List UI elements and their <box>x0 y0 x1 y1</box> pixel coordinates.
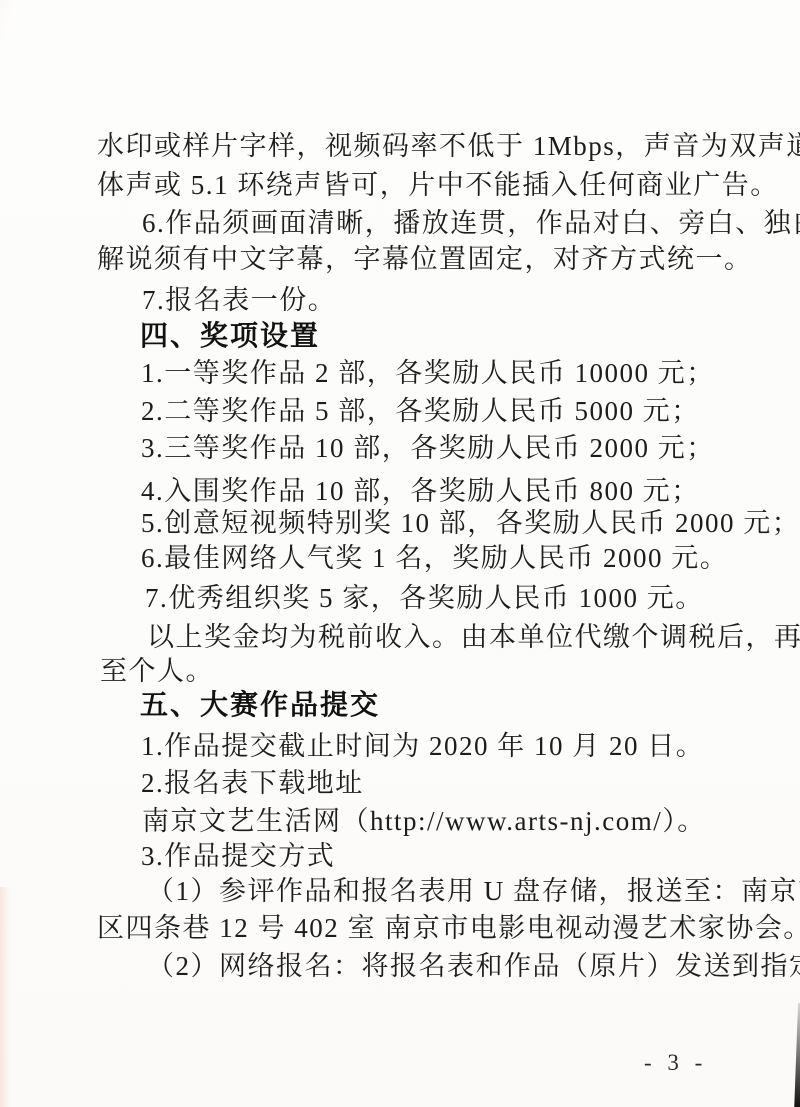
body-line: 6.作品须画面清晰，播放连贯，作品对白、旁白、独白和 <box>142 208 800 238</box>
section-heading-submission: 五、大赛作品提交 <box>140 690 380 720</box>
body-line: 至个人。 <box>100 656 214 686</box>
award-line-popular: 6.最佳网络人气奖 1 名，奖励人民币 2000 元。 <box>141 543 728 573</box>
body-line: 2.报名表下载地址 <box>141 768 364 798</box>
body-line: 解说须有中文字幕，字幕位置固定，对齐方式统一。 <box>97 244 753 274</box>
body-line-address: 区四条巷 12 号 402 室 南京市电影电视动漫艺术家协会。 <box>97 913 800 943</box>
award-line-third: 3.三等奖作品 10 部，各奖励人民币 2000 元； <box>141 433 715 463</box>
body-line: 以上奖金均为税前收入。由本单位代缴个调税后，再发放 <box>147 622 800 652</box>
page-number: - 3 - <box>644 1050 707 1076</box>
award-line-second: 2.二等奖作品 5 部，各奖励人民币 5000 元； <box>141 396 700 426</box>
body-line-website: 南京文艺生活网（http://www.arts-nj.com/）。 <box>142 806 706 836</box>
scan-left-tint <box>0 887 10 1107</box>
body-line: 体声或 5.1 环绕声皆可，片中不能插入任何商业广告。 <box>97 170 779 200</box>
award-line-finalist: 4.入围奖作品 10 部，各奖励人民币 800 元； <box>141 476 700 506</box>
body-line: 3.作品提交方式 <box>141 841 335 871</box>
section-heading-awards: 四、奖项设置 <box>140 321 320 351</box>
body-line-address: （1）参评作品和报名表用 U 盘存储，报送至：南京市秦淮 <box>147 876 800 906</box>
award-line-first: 1.一等奖作品 2 部，各奖励人民币 10000 元； <box>141 358 715 388</box>
body-line-online: （2）网络报名：将报名表和作品（原片）发送到指定邮箱 <box>147 951 800 981</box>
award-line-special: 5.创意短视频特别奖 10 部，各奖励人民币 2000 元； <box>141 508 800 538</box>
scan-edge-shadow <box>793 1003 800 1107</box>
body-line-deadline: 1.作品提交截止时间为 2020 年 10 月 20 日。 <box>141 731 704 761</box>
body-line: 水印或样片字样，视频码率不低于 1Mbps，声音为双声道、立 <box>97 131 800 161</box>
body-line: 7.报名表一份。 <box>142 285 336 315</box>
award-line-organizer: 7.优秀组织奖 5 家，各奖励人民币 1000 元。 <box>145 583 704 613</box>
scanned-document-page: 水印或样片字样，视频码率不低于 1Mbps，声音为双声道、立 体声或 5.1 环… <box>0 0 800 1107</box>
